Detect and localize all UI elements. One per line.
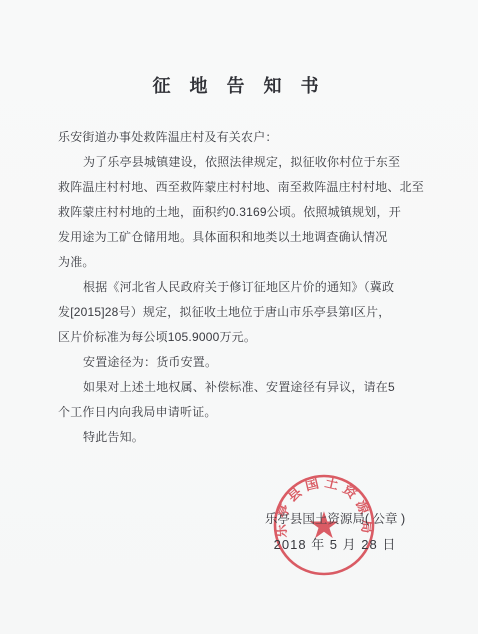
document-line: 为了乐亭县城镇建设，依照法律规定，拟征收你村位于东至 [58,150,423,175]
document-line: 安置途径为：货币安置。 [58,350,423,375]
document-line: 如果对上述土地权属、补偿标准、安置途径有异议，请在5 [58,375,423,400]
document-line: 根据《河北省人民政府关于修订征地区片价的通知》（冀政 [58,275,423,300]
document-line: 救阵温庄村村地、西至救阵蒙庄村村地、南至救阵温庄村村地、北至 [58,175,423,200]
document-page: 征 地 告 知 书 乐安街道办事处救阵温庄村及有关农户： 为了乐亭县城镇建设，依… [0,0,478,634]
document-line: 发用途为工矿仓储用地。具体面积和地类以土地调查确认情况 [58,225,423,250]
document-body: 乐安街道办事处救阵温庄村及有关农户： 为了乐亭县城镇建设，依照法律规定，拟征收你… [58,125,423,450]
document-line: 区片价标准为每公顷105.9000万元。 [58,325,423,350]
document-line: 特此告知。 [58,425,423,450]
date-line: 2018 年 5 月 28 日 [240,532,430,558]
signature-block: 乐亭县国土资源局( 公章 ) 2018 年 5 月 28 日 [240,506,430,558]
salutation-line: 乐安街道办事处救阵温庄村及有关农户： [58,125,423,150]
document-title: 征 地 告 知 书 [0,72,478,98]
document-line: 救阵蒙庄村村地的土地，面积约0.3169公顷。依照城镇规划，开 [58,200,423,225]
document-line: 为准。 [58,250,423,275]
signature-line: 乐亭县国土资源局( 公章 ) [240,506,430,532]
document-line: 个工作日内向我局申请听证。 [58,400,423,425]
document-line: 发[2015]28号）规定，拟征收土地位于唐山市乐亭县第I区片， [58,300,423,325]
